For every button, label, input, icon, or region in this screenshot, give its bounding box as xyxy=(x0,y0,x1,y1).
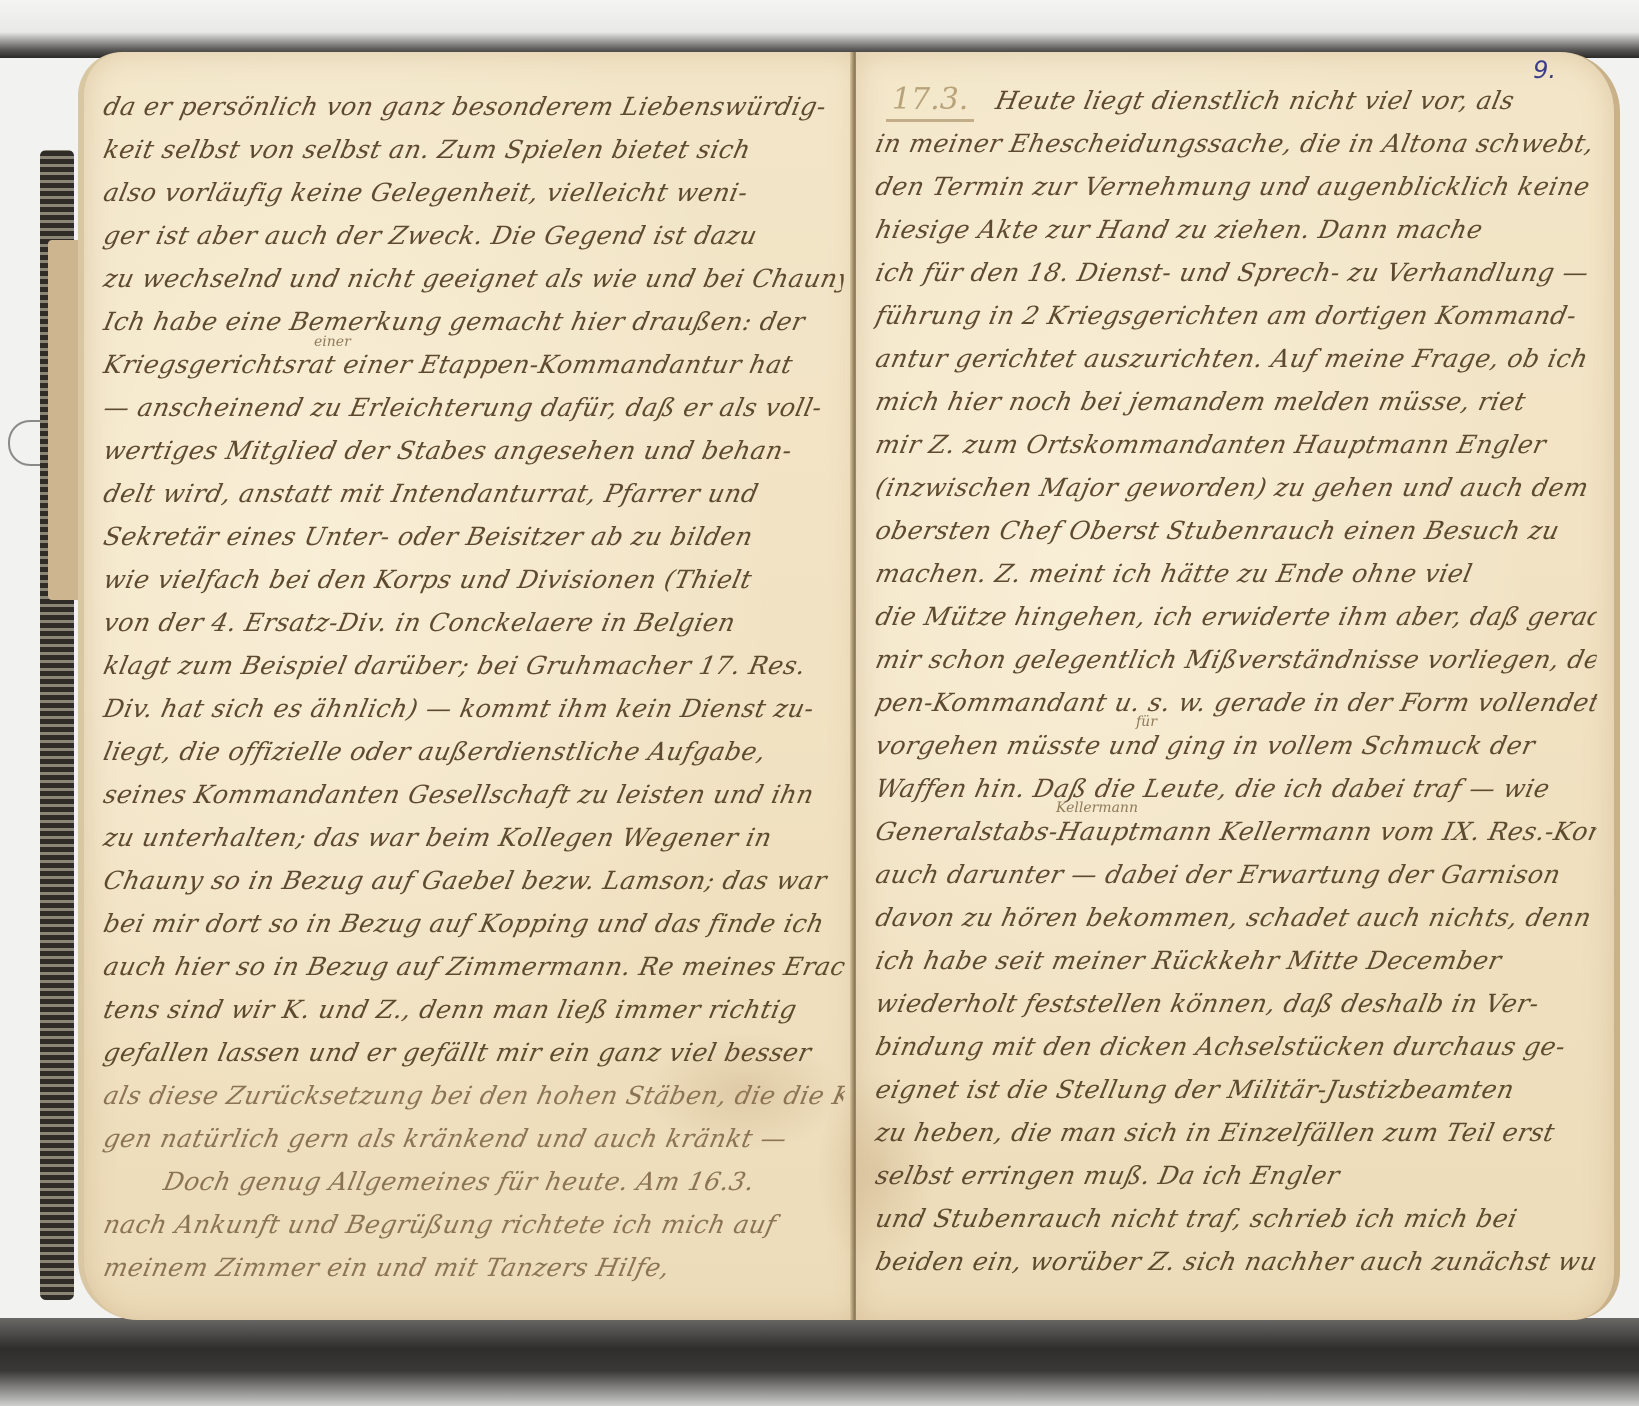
inserted-word: Kellermann xyxy=(1056,800,1138,816)
handwritten-line: davon zu hören bekommen, schadet auch ni… xyxy=(873,903,1599,932)
handwritten-line: Heute liegt dienstlich nicht viel vor, a… xyxy=(993,86,1599,115)
handwritten-line: Doch genug Allgemeines für heute. Am 16.… xyxy=(101,1167,847,1196)
handwritten-line: wertiges Mitglied der Stabes angesehen u… xyxy=(101,436,847,465)
handwritten-line: mir schon gelegentlich Mißverständnisse … xyxy=(873,645,1599,674)
handwritten-line: ger ist aber auch der Zweck. Die Gegend … xyxy=(101,221,847,250)
handwritten-line: die Mütze hingehen, ich erwiderte ihm ab… xyxy=(873,602,1599,631)
handwritten-line: — anscheinend zu Erleichterung dafür, da… xyxy=(101,393,847,422)
handwritten-line: meinem Zimmer ein und mit Tanzers Hilfe, xyxy=(101,1253,847,1282)
left-page: da er persönlich von ganz besonderem Lie… xyxy=(78,52,860,1320)
handwritten-line: seines Kommandanten Gesellschaft zu leis… xyxy=(101,780,847,809)
bookmark-ribbon-loop xyxy=(8,420,44,466)
handwritten-line: wiederholt feststellen können, daß desha… xyxy=(873,989,1599,1018)
handwritten-line: (inzwischen Major geworden) zu gehen und… xyxy=(873,473,1599,502)
handwritten-line: Waffen hin. Daß die Leute, die ich dabei… xyxy=(873,774,1599,803)
handwritten-line: obersten Chef Oberst Stubenrauch einen B… xyxy=(873,516,1599,545)
handwritten-line: ich habe seit meiner Rückkehr Mitte Dece… xyxy=(873,946,1599,975)
handwritten-line: von der 4. Ersatz-Div. in Conckelaere in… xyxy=(101,608,847,637)
handwritten-line: zu unterhalten; das war beim Kollegen We… xyxy=(101,823,847,852)
handwritten-line: führung in 2 Kriegsgerichten am dortigen… xyxy=(873,301,1599,330)
handwritten-line: hiesige Akte zur Hand zu ziehen. Dann ma… xyxy=(873,215,1599,244)
handwritten-line: auch hier so in Bezug auf Zimmermann. Re… xyxy=(101,952,847,981)
handwritten-line: zu heben, die man sich in Einzelfällen z… xyxy=(873,1118,1599,1147)
handwritten-line: antur gerichtet auszurichten. Auf meine … xyxy=(873,344,1599,373)
handwritten-line: gefallen lassen und er gefällt mir ein g… xyxy=(101,1038,847,1067)
handwritten-line: machen. Z. meint ich hätte zu Ende ohne … xyxy=(873,559,1599,588)
inserted-word: für xyxy=(1136,714,1157,730)
handwritten-line: bei mir dort so in Bezug auf Kopping und… xyxy=(101,909,847,938)
handwritten-line: ich für den 18. Dienst- und Sprech- zu V… xyxy=(873,258,1599,287)
scanner-background-top xyxy=(0,0,1639,58)
handwritten-line: beiden ein, worüber Z. sich nachher auch… xyxy=(873,1247,1599,1276)
right-page: 9. 17.3. Heute liegt dienstlich nicht vi… xyxy=(856,52,1620,1320)
entry-date: 17.3. xyxy=(886,82,974,122)
inserted-word: einer xyxy=(314,334,351,350)
handwritten-line: keit selbst von selbst an. Zum Spielen b… xyxy=(101,135,847,164)
page-number: 9. xyxy=(1533,56,1556,84)
handwritten-line: da er persönlich von ganz besonderem Lie… xyxy=(101,92,847,121)
handwritten-line: Kriegsgerichtsrat einer Etappen-Kommanda… xyxy=(101,350,847,379)
handwritten-line: klagt zum Beispiel darüber; bei Gruhmach… xyxy=(101,651,847,680)
handwritten-line: wie vielfach bei den Korps und Divisione… xyxy=(101,565,847,594)
handwritten-line: eignet ist die Stellung der Militär-Just… xyxy=(873,1075,1599,1104)
handwritten-line: Generalstabs-Hauptmann Kellermann vom IX… xyxy=(873,817,1599,846)
handwritten-line: mir Z. zum Ortskommandanten Hauptmann En… xyxy=(873,430,1599,459)
handwritten-line: den Termin zur Vernehmung und augenblick… xyxy=(873,172,1599,201)
scanner-background-bottom xyxy=(0,1318,1639,1406)
handwritten-line: selbst erringen muß. Da ich Engler xyxy=(873,1161,1599,1190)
handwritten-line: vorgehen müsste und ging in vollem Schmu… xyxy=(873,731,1599,760)
handwritten-line: Ich habe eine Bemerkung gemacht hier dra… xyxy=(101,307,847,336)
handwritten-line: Div. hat sich es ähnlich) — kommt ihm ke… xyxy=(101,694,847,723)
handwritten-line: in meiner Ehescheidungssache, die in Alt… xyxy=(873,129,1599,158)
handwritten-line: liegt, die offizielle oder außerdienstli… xyxy=(101,737,847,766)
handwritten-line: als diese Zurücksetzung bei den hohen St… xyxy=(101,1081,847,1110)
handwritten-line: auch darunter — dabei der Erwartung der … xyxy=(873,860,1599,889)
handwritten-line: Chauny so in Bezug auf Gaebel bezw. Lams… xyxy=(101,866,847,895)
handwritten-line: mich hier noch bei jemandem melden müsse… xyxy=(873,387,1599,416)
handwritten-line: und Stubenrauch nicht traf, schrieb ich … xyxy=(873,1204,1599,1233)
handwritten-line: pen-Kommandant u. s. w. gerade in der Fo… xyxy=(873,688,1599,717)
handwritten-line: also vorläufig keine Gelegenheit, vielle… xyxy=(101,178,847,207)
handwritten-line: zu wechselnd und nicht geeignet als wie … xyxy=(101,264,847,293)
handwritten-line: bindung mit den dicken Achselstücken dur… xyxy=(873,1032,1599,1061)
handwritten-line: tens sind wir K. und Z., denn man ließ i… xyxy=(101,995,847,1024)
handwritten-line: gen natürlich gern als kränkend und auch… xyxy=(101,1124,847,1153)
handwritten-line: delt wird, anstatt mit Intendanturrat, P… xyxy=(101,479,847,508)
handwritten-line: nach Ankunft und Begrüßung richtete ich … xyxy=(101,1210,847,1239)
handwritten-line: Sekretär eines Unter- oder Beisitzer ab … xyxy=(101,522,847,551)
